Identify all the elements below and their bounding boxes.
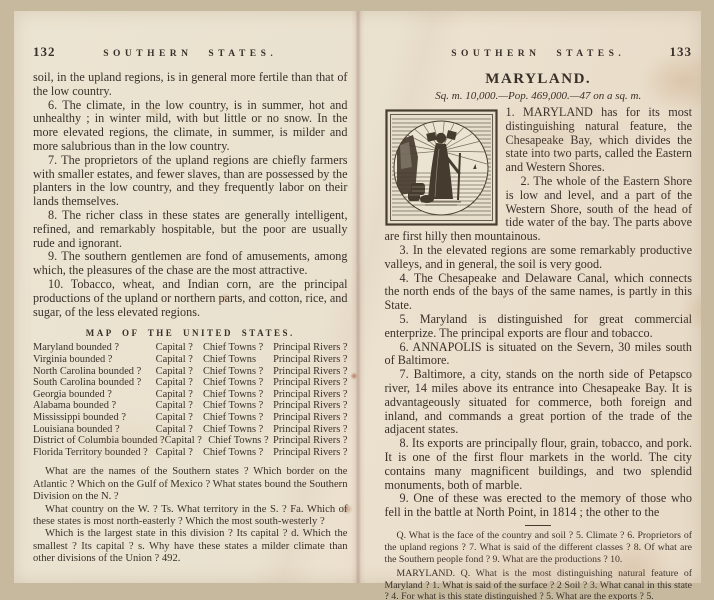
map-exercise-row: Alabama bounded ?Capital ?Chief Towns ?P…: [33, 400, 348, 412]
footnote-paragraph: Q. What is the face of the country and s…: [385, 530, 693, 565]
map-exercise-row: Virginia bounded ?Capital ?Chief TownsPr…: [33, 354, 348, 366]
map-exercise-row: North Carolina bounded ?Capital ?Chief T…: [33, 366, 348, 378]
map-exercise-row: Mississippi bounded ?Capital ?Chief Town…: [33, 412, 348, 424]
body-paragraph: 7. The proprietors of the upland regions…: [33, 154, 348, 209]
body-paragraph: 4. The Chesapeake and Delaware Canal, wh…: [385, 272, 693, 313]
review-questions: What are the names of the Southern state…: [33, 466, 348, 565]
question-paragraph: What country on the W. ? Ts. What territ…: [33, 504, 348, 529]
body-paragraph: 10. Tobacco, wheat, and Indian corn, are…: [33, 278, 348, 319]
body-paragraph: 6. ANNAPOLIS is situated on the Severn, …: [385, 341, 693, 369]
running-head: SOUTHERN STATES.: [75, 49, 306, 59]
map-exercise-row: Maryland bounded ?Capital ?Chief Towns ?…: [33, 342, 348, 354]
question-paragraph: Which is the largest state in this divis…: [33, 528, 348, 565]
left-page: 132 SOUTHERN STATES. soil, in the upland…: [14, 11, 358, 583]
seal-engraving-illustration: [385, 109, 498, 226]
page-number: 133: [650, 44, 692, 60]
body-paragraph: 6. The climate, in the low country, is i…: [33, 99, 348, 154]
open-book: 132 SOUTHERN STATES. soil, in the upland…: [14, 11, 701, 583]
right-page-header: SOUTHERN STATES. 133: [385, 44, 693, 60]
right-body-text: 1. MARYLAND has for its most distinguish…: [385, 106, 693, 520]
body-paragraph: 5. Maryland is distinguished for great c…: [385, 313, 693, 341]
map-exercise-row: Louisiana bounded ?Capital ?Chief Towns …: [33, 424, 348, 436]
left-page-header: 132 SOUTHERN STATES.: [33, 44, 348, 60]
body-paragraph: 8. Its exports are principally flour, gr…: [385, 437, 693, 492]
map-exercise-row: Georgia bounded ?Capital ?Chief Towns ?P…: [33, 389, 348, 401]
map-exercise-title: MAP OF THE UNITED STATES.: [33, 328, 348, 338]
body-paragraph: 9. One of these was erected to the memor…: [385, 492, 693, 520]
footnote-questions: Q. What is the face of the country and s…: [385, 530, 693, 600]
book-photograph: 132 SOUTHERN STATES. soil, in the upland…: [0, 0, 714, 600]
body-paragraph: 8. The richer class in these states are …: [33, 209, 348, 250]
footnote-divider-rule: [525, 525, 551, 527]
chapter-title: MARYLAND.: [385, 71, 693, 88]
footnote-paragraph: MARYLAND. Q. What is the most distinguis…: [385, 568, 693, 600]
running-head: SOUTHERN STATES.: [427, 49, 651, 59]
left-body-text: soil, in the upland regions, is in gener…: [33, 71, 348, 319]
map-exercise-row: District of Columbia bounded ?Capital ?C…: [33, 435, 348, 447]
map-exercise-row: South Carolina bounded ?Capital ?Chief T…: [33, 377, 348, 389]
body-paragraph: 7. Baltimore, a city, stands on the nort…: [385, 368, 693, 437]
body-paragraph: 9. The southern gentlemen are fond of am…: [33, 250, 348, 278]
page-number: 132: [33, 44, 75, 60]
question-paragraph: What are the names of the Southern state…: [33, 466, 348, 503]
state-statistics-line: Sq. m. 10,000.—Pop. 469,000.—47 on a sq.…: [385, 90, 693, 102]
body-paragraph: soil, in the upland regions, is in gener…: [33, 71, 348, 99]
map-exercise-table: Maryland bounded ?Capital ?Chief Towns ?…: [33, 342, 348, 458]
right-page: SOUTHERN STATES. 133 MARYLAND. Sq. m. 10…: [358, 11, 702, 583]
body-paragraph: 3. In the elevated regions are some rema…: [385, 244, 693, 272]
map-exercise-row: Florida Territory bounded ?Capital ?Chie…: [33, 447, 348, 459]
